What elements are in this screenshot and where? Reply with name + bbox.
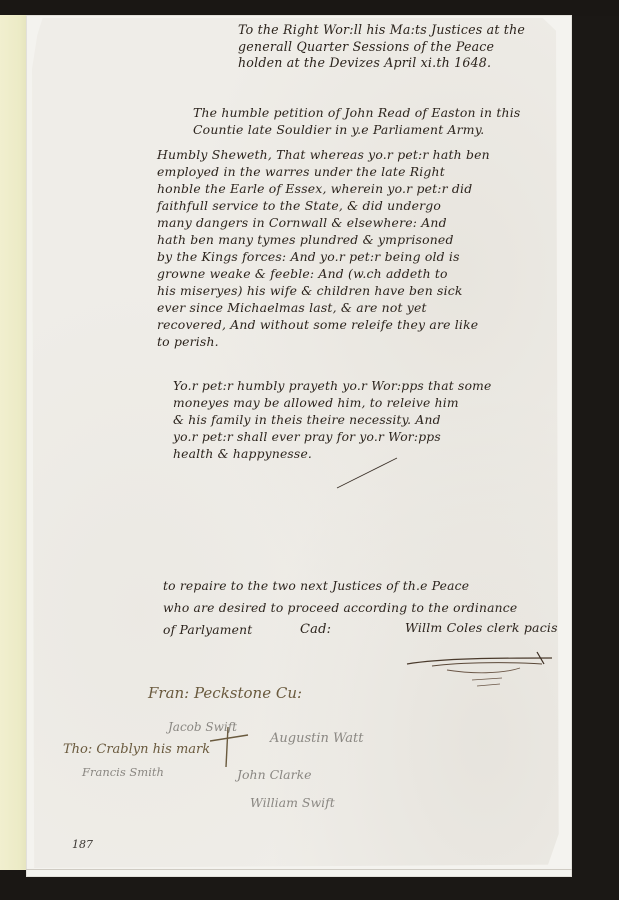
body-line: his miseryes) his wife & children have b… — [157, 282, 490, 299]
petition-prayer: Yo.r pet:r humbly prayeth yo.r Wor:pps t… — [173, 378, 492, 463]
signatory-name: Francis Smith — [82, 765, 164, 779]
signatory-name: Augustin Watt — [270, 731, 363, 746]
body-line: ever since Michaelmas last, & are not ye… — [157, 299, 490, 316]
petition-body: Humbly Sheweth, That whereas yo.r pet:r … — [157, 146, 490, 350]
order-line: to repaire to the two next Justices of t… — [163, 575, 517, 597]
archive-scan: To the Right Wor:ll his Ma:ts Justices a… — [0, 0, 619, 900]
prayer-line: health & happynesse. — [173, 446, 492, 463]
address-line: holden at the Devizes April xi.th 1648. — [238, 55, 525, 72]
body-line: many dangers in Cornwall & elsewhere: An… — [157, 214, 490, 231]
closing-flourish-icon — [335, 450, 405, 490]
prayer-line: moneyes may be allowed him, to releive h… — [173, 395, 492, 412]
petitioner-line: Countie late Souldier in y.e Parliament … — [193, 121, 520, 138]
address-line: generall Quarter Sessions of the Peace — [238, 39, 525, 56]
clerk-signature: Willm Coles clerk pacis — [405, 620, 558, 635]
signatory-cross-mark-icon — [210, 727, 250, 775]
prayer-line: yo.r pet:r shall ever pray for yo.r Wor:… — [173, 429, 492, 446]
archival-mount-folder — [0, 15, 29, 900]
body-line: by the Kings forces: And yo.r pet:r bein… — [157, 248, 490, 265]
body-line: faithfull service to the State, & did un… — [157, 197, 490, 214]
petition-address: To the Right Wor:ll his Ma:ts Justices a… — [238, 22, 525, 72]
prayer-line: & his family in theis theire necessity. … — [173, 412, 492, 429]
body-line: to perish. — [157, 333, 490, 350]
body-line: Humbly Sheweth, That whereas yo.r pet:r … — [157, 146, 490, 163]
order-line: who are desired to proceed according to … — [163, 597, 517, 619]
body-line: growne weake & feeble: And (w.ch addeth … — [157, 265, 490, 282]
scan-background — [0, 0, 619, 16]
signatory-name: Fran: Peckstone Cu: — [148, 684, 302, 702]
body-line: honble the Earle of Essex, wherein yo.r … — [157, 180, 490, 197]
address-line: To the Right Wor:ll his Ma:ts Justices a… — [238, 22, 525, 39]
signatory-name: Tho: Crablyn his mark — [63, 742, 210, 757]
body-line: employed in the warres under the late Ri… — [157, 163, 490, 180]
petitioner-statement: The humble petition of John Read of East… — [193, 104, 520, 138]
signature-flourish-icon — [402, 650, 562, 690]
signatory-name: William Swift — [250, 795, 335, 810]
folio-number: 187 — [72, 838, 93, 851]
page-bottom-edge — [26, 869, 572, 870]
prayer-line: Yo.r pet:r humbly prayeth yo.r Wor:pps t… — [173, 378, 492, 395]
petitioner-line: The humble petition of John Read of East… — [193, 104, 520, 121]
order-cad-mark: Cad: — [300, 622, 331, 637]
body-line: hath ben many tymes plundred & ymprisone… — [157, 231, 490, 248]
body-line: recovered, And without some releife they… — [157, 316, 490, 333]
